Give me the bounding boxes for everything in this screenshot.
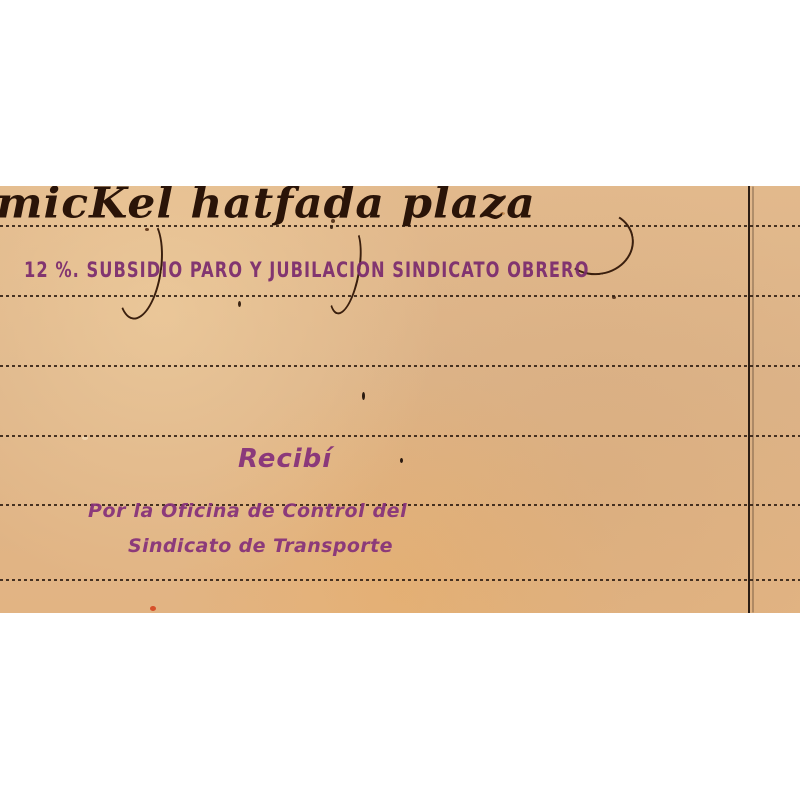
ruled-line xyxy=(0,579,800,581)
handwritten-name: micKel hatfada plaza xyxy=(0,186,536,228)
paper-fleck xyxy=(150,606,156,611)
paper-fleck xyxy=(238,301,241,307)
paper-fleck xyxy=(362,392,365,400)
receipt-stamp-line2: Sindicato de Transporte xyxy=(128,535,393,557)
receipt-stamp-line1: Por la Oficina de Control del xyxy=(88,500,407,522)
paper-fleck xyxy=(400,458,403,463)
subsidy-stamp: 12 %. SUBSIDIO PARO Y JUBILACION SINDICA… xyxy=(24,258,589,282)
column-rule xyxy=(748,186,750,613)
ruled-line xyxy=(0,435,800,437)
ruled-line xyxy=(0,365,800,367)
document-paper: micKel hatfada plaza 12 %. SUBSIDIO PARO… xyxy=(0,186,800,613)
receipt-stamp-title: Recibí xyxy=(238,444,332,474)
